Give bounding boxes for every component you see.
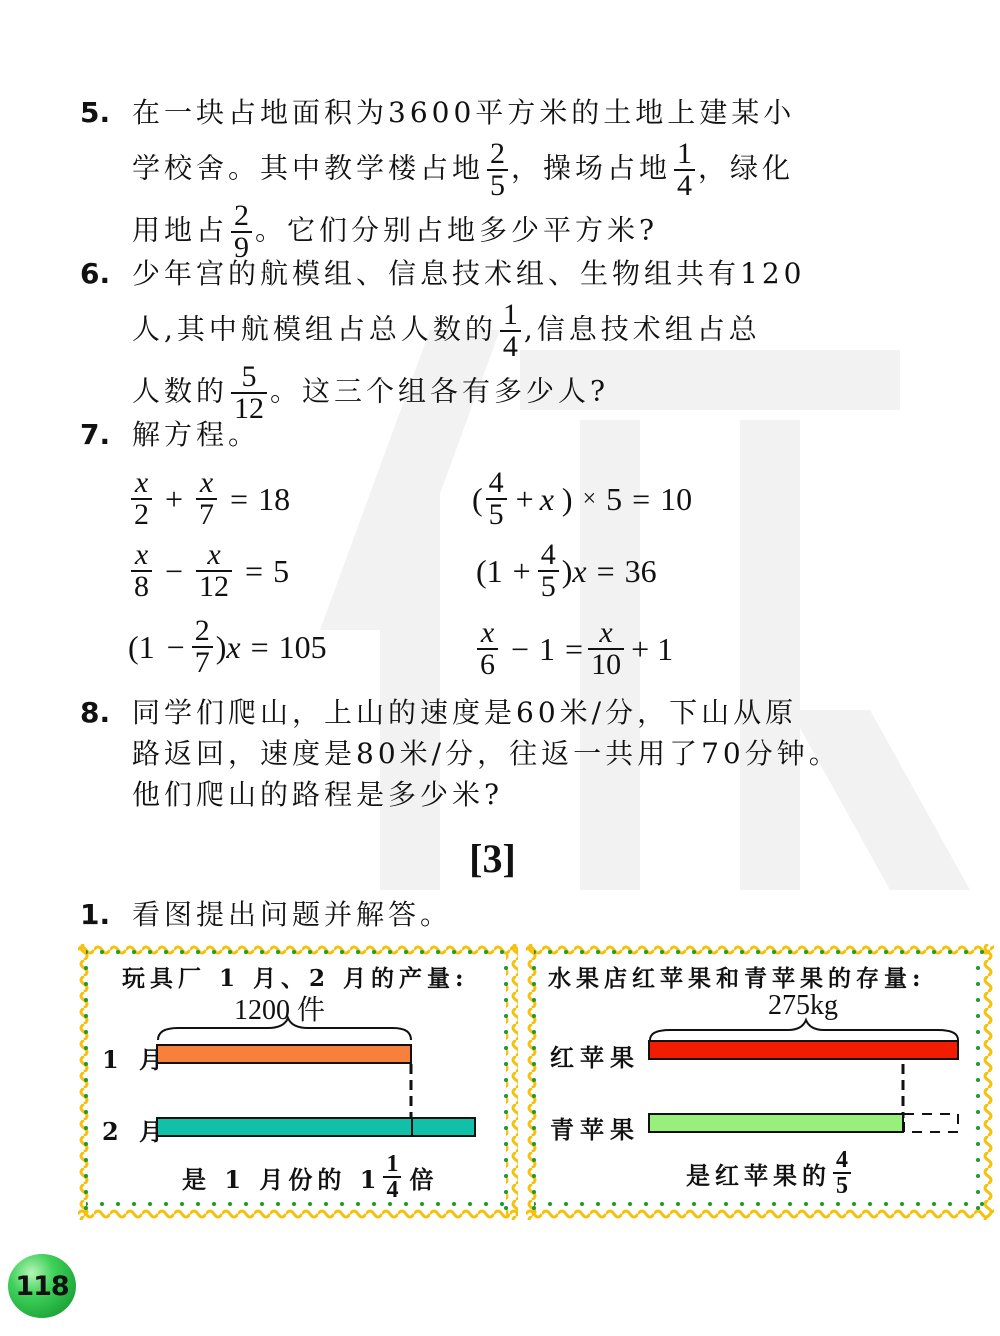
question-text: 路返回，速度是80米/分，往返一共用了70分钟。	[80, 733, 841, 774]
fraction: x10	[588, 618, 624, 680]
question-text: ，操场占地	[511, 152, 671, 185]
question-number: 1.	[80, 888, 132, 941]
question-text: 人,其中航模组占总人数的	[132, 313, 497, 346]
fraction: 45	[486, 468, 507, 530]
equation-4: ( 1 + 45 ) x = 36	[476, 540, 657, 602]
question-text: 。这三个组各有多少人?	[270, 375, 609, 408]
bar-jan	[156, 1044, 412, 1064]
bar-divider	[411, 1119, 413, 1135]
question-6: 6.少年宫的航模组、信息技术组、生物组共有120 人,其中航模组占总人数的14,…	[80, 247, 805, 424]
question-number: 7.	[80, 408, 132, 461]
question-text: 。它们分别占地多少平方米?	[255, 214, 658, 247]
question-number: 8.	[80, 692, 132, 733]
question-text: 学校舍。其中教学楼占地	[132, 152, 484, 185]
equation-6: x6 − 1 = x10 + 1	[474, 618, 673, 680]
question-text: 人数的	[132, 375, 228, 408]
fraction: 27	[192, 616, 213, 678]
fraction: 25	[487, 139, 508, 201]
bar-label-red-apple: 红苹果	[550, 1038, 640, 1073]
bar-feb	[156, 1117, 476, 1137]
question-text: 他们爬山的路程是多少米?	[80, 774, 841, 815]
diagram-title: 水果店红苹果和青苹果的存量:	[548, 960, 926, 993]
question-text: 在一块占地面积为3600平方米的土地上建某小	[132, 96, 795, 129]
fraction: 14	[500, 300, 521, 362]
diagram-toy-factory: 玩具厂 1 月、2 月的产量: 1200 件 1 月 2 月 是 1 月份的 1…	[78, 944, 518, 1220]
question-number: 6.	[80, 247, 132, 300]
question-text: 解方程。	[132, 418, 260, 451]
equation-2: ( 45 + x ) × 5 = 10	[472, 468, 692, 530]
question-8: 8.同学们爬山，上山的速度是60米/分，下山从原 路返回，速度是80米/分，往返…	[80, 692, 841, 815]
diagram-caption: 是 1 月份的 1 14 倍	[182, 1152, 438, 1202]
question-text: ，绿化	[698, 152, 794, 185]
total-label: 275kg	[768, 990, 838, 1022]
fraction: 45	[833, 1148, 851, 1198]
question-text: ,信息技术组占总	[524, 313, 761, 346]
section3-question-1: 1.看图提出问题并解答。	[80, 888, 452, 941]
question-5: 5.在一块占地面积为3600平方米的土地上建某小 学校舍。其中教学楼占地25，操…	[80, 86, 795, 263]
fraction: 14	[383, 1152, 401, 1202]
section-title: [3]	[0, 835, 985, 882]
fraction: x2	[131, 468, 152, 530]
equation-5: ( 1 − 27 ) x = 105	[128, 616, 327, 678]
bar-label-green-apple: 青苹果	[550, 1110, 640, 1145]
bar-red-apple	[648, 1040, 959, 1060]
fraction: x7	[196, 468, 217, 530]
equation-3: x8 − x12 = 5	[128, 540, 289, 602]
fraction: 14	[674, 139, 695, 201]
total-label: 1200 件	[234, 988, 325, 1028]
fraction: x12	[196, 540, 232, 602]
fraction: x6	[477, 618, 498, 680]
bar-green-apple	[648, 1113, 904, 1133]
page-number-badge: 118	[8, 1254, 76, 1318]
diagram-caption: 是红苹果的 45	[686, 1148, 854, 1198]
fraction: x8	[131, 540, 152, 602]
equation-1: x2 + x7 = 18	[128, 468, 290, 530]
question-text: 用地占	[132, 214, 228, 247]
diagram-fruit-store: 水果店红苹果和青苹果的存量: 275kg 红苹果 青苹果 是红苹果的 45	[526, 944, 994, 1220]
question-7: 7.解方程。	[80, 408, 260, 461]
question-text: 同学们爬山，上山的速度是60米/分，下山从原	[132, 696, 797, 729]
page-number: 118	[15, 1271, 68, 1302]
fraction: 45	[538, 540, 559, 602]
question-text: 少年宫的航模组、信息技术组、生物组共有120	[132, 257, 805, 290]
question-text: 看图提出问题并解答。	[132, 898, 452, 931]
question-number: 5.	[80, 86, 132, 139]
